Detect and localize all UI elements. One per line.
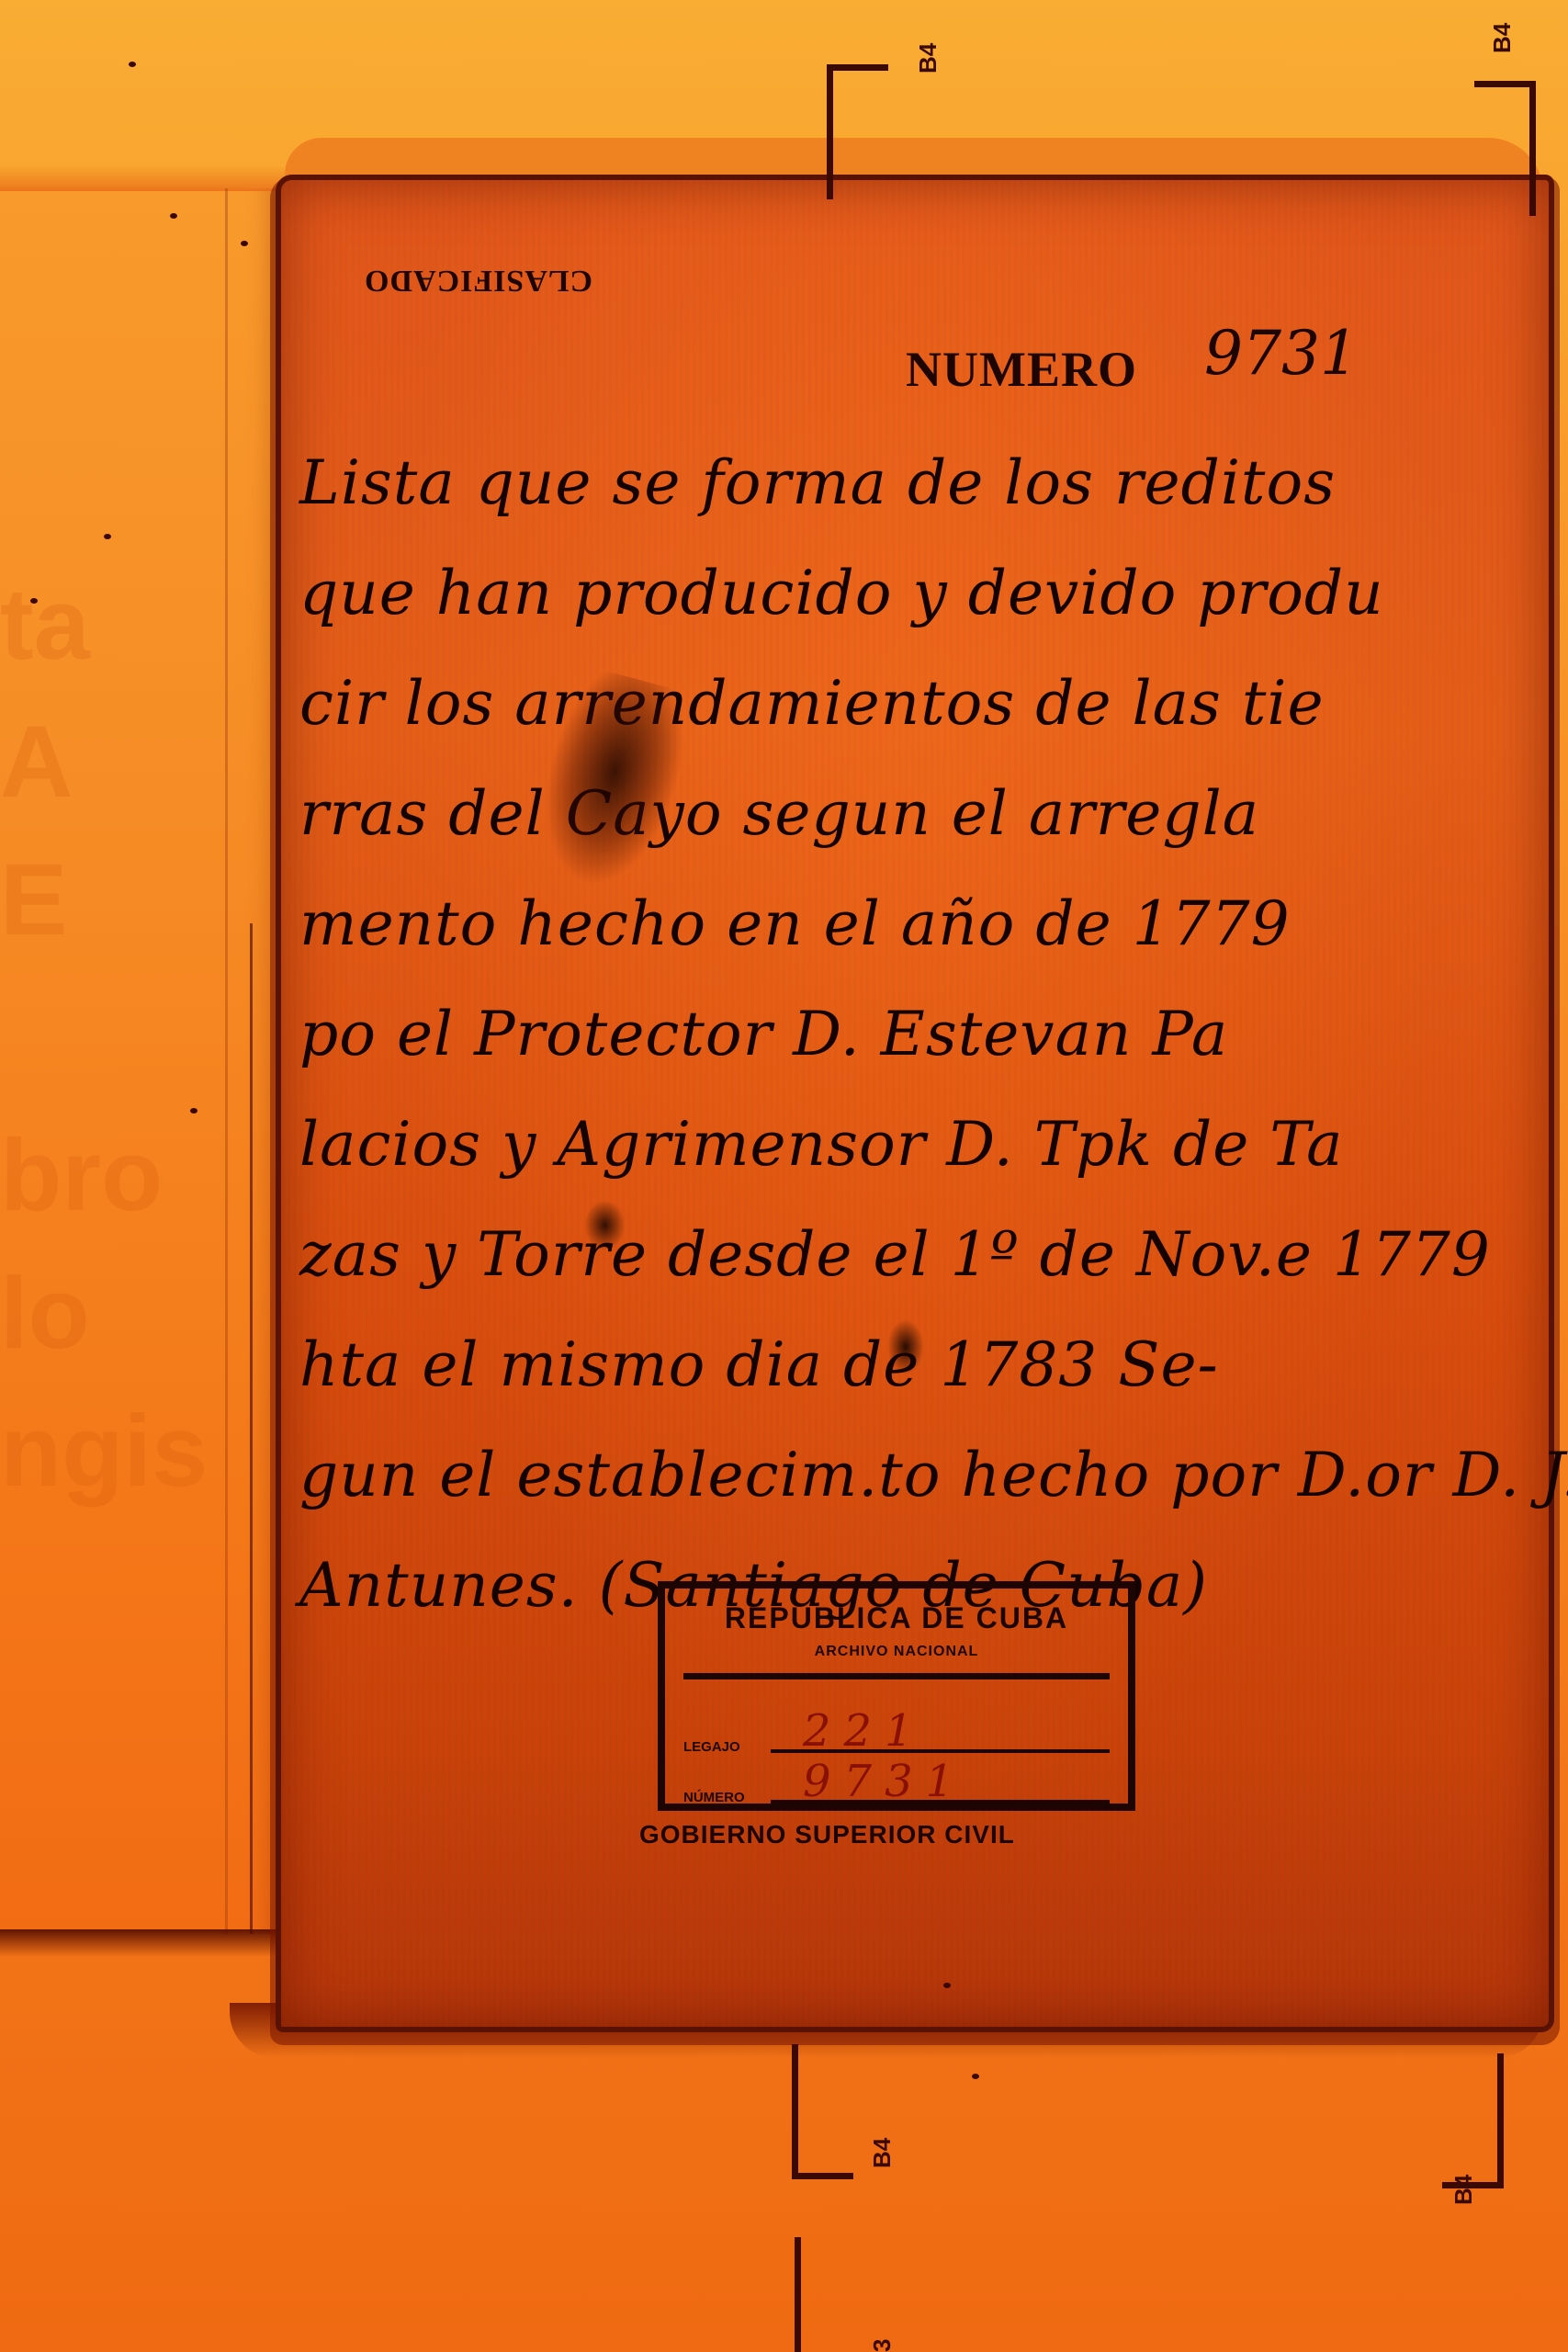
crop-mark-top-right	[1474, 81, 1536, 216]
strip-top-shadow	[0, 165, 285, 191]
stamp-title: REPUBLICA DE CUBA	[665, 1601, 1128, 1635]
text-line: que han producido y devido produ	[299, 538, 1530, 649]
text-line: gun el establecim.to hecho por D.or D. J…	[299, 1420, 1530, 1531]
stamp-field-label: LEGAJO	[683, 1739, 740, 1755]
handwritten-text: Lista que se forma de los reditos que ha…	[299, 428, 1530, 1641]
ink-blot	[887, 1319, 924, 1374]
strip-bottom-shadow	[0, 1929, 294, 1957]
stamp-field-legajo: LEGAJO 221	[683, 1722, 1110, 1758]
stamp-field-value: 221	[803, 1705, 926, 1757]
stamp-footer: GOBIERNO SUPERIOR CIVIL	[639, 1820, 1015, 1849]
text-line: zas y Torre desde el 1º de Nov.e 1779	[299, 1200, 1530, 1310]
dust-speck	[190, 1108, 197, 1114]
text-line: po el Protector D. Estevan Pa	[299, 979, 1530, 1090]
stamp-field-numero: NÚMERO 9731	[683, 1772, 1110, 1809]
numero-value: 9731	[1204, 318, 1359, 389]
stamp-subtitle: ARCHIVO NACIONAL	[665, 1644, 1128, 1660]
text-line: cir los arrendamientos de las tie	[299, 649, 1530, 759]
bleed-through-text: ta A E bro lo ngis	[0, 556, 220, 1842]
crop-label: B4	[868, 2138, 897, 2168]
dust-speck	[972, 2074, 979, 2079]
stamp-field-label: NÚMERO	[683, 1790, 745, 1805]
stamp-rule	[683, 1673, 1110, 1679]
crop-label: B4	[914, 43, 942, 73]
crop-mark-bottom-right	[1442, 2053, 1504, 2188]
text-line: Lista que se forma de los reditos	[299, 428, 1530, 538]
numero-label: NUMERO	[906, 341, 1137, 398]
crop-mark-top-left	[827, 64, 888, 199]
dust-speck	[943, 1983, 951, 1988]
crop-mark-bottom-left	[792, 2044, 853, 2179]
dust-speck	[129, 62, 136, 67]
text-line: lacios y Agrimensor D. Tpk de Ta	[299, 1090, 1530, 1200]
folded-paper-strip: ta A E bro lo ngis	[0, 188, 279, 1934]
ink-blot	[584, 1200, 626, 1250]
stamp-field-value: 9731	[803, 1756, 966, 1807]
manuscript-page: CLASIFICADO NUMERO 9731 Lista que se for…	[276, 175, 1554, 2032]
dust-speck	[241, 241, 248, 246]
dust-speck	[170, 213, 177, 219]
text-line: mento hecho en el año de 1779	[299, 869, 1530, 979]
archive-stamp: REPUBLICA DE CUBA ARCHIVO NACIONAL LEGAJ…	[658, 1581, 1135, 1811]
clasificado-stamp: CLASIFICADO	[364, 263, 592, 298]
crop-label: B4	[1488, 23, 1517, 53]
crop-label: B4	[1450, 2175, 1478, 2205]
dust-speck	[104, 534, 111, 539]
fold-line	[225, 188, 228, 1934]
text-line: rras del Cayo segun el arregla	[299, 759, 1530, 869]
crop-label: 3	[868, 2339, 897, 2352]
fold-edge	[250, 923, 253, 1934]
crop-mark-bottom-extra	[795, 2237, 856, 2352]
dust-speck	[30, 598, 38, 604]
